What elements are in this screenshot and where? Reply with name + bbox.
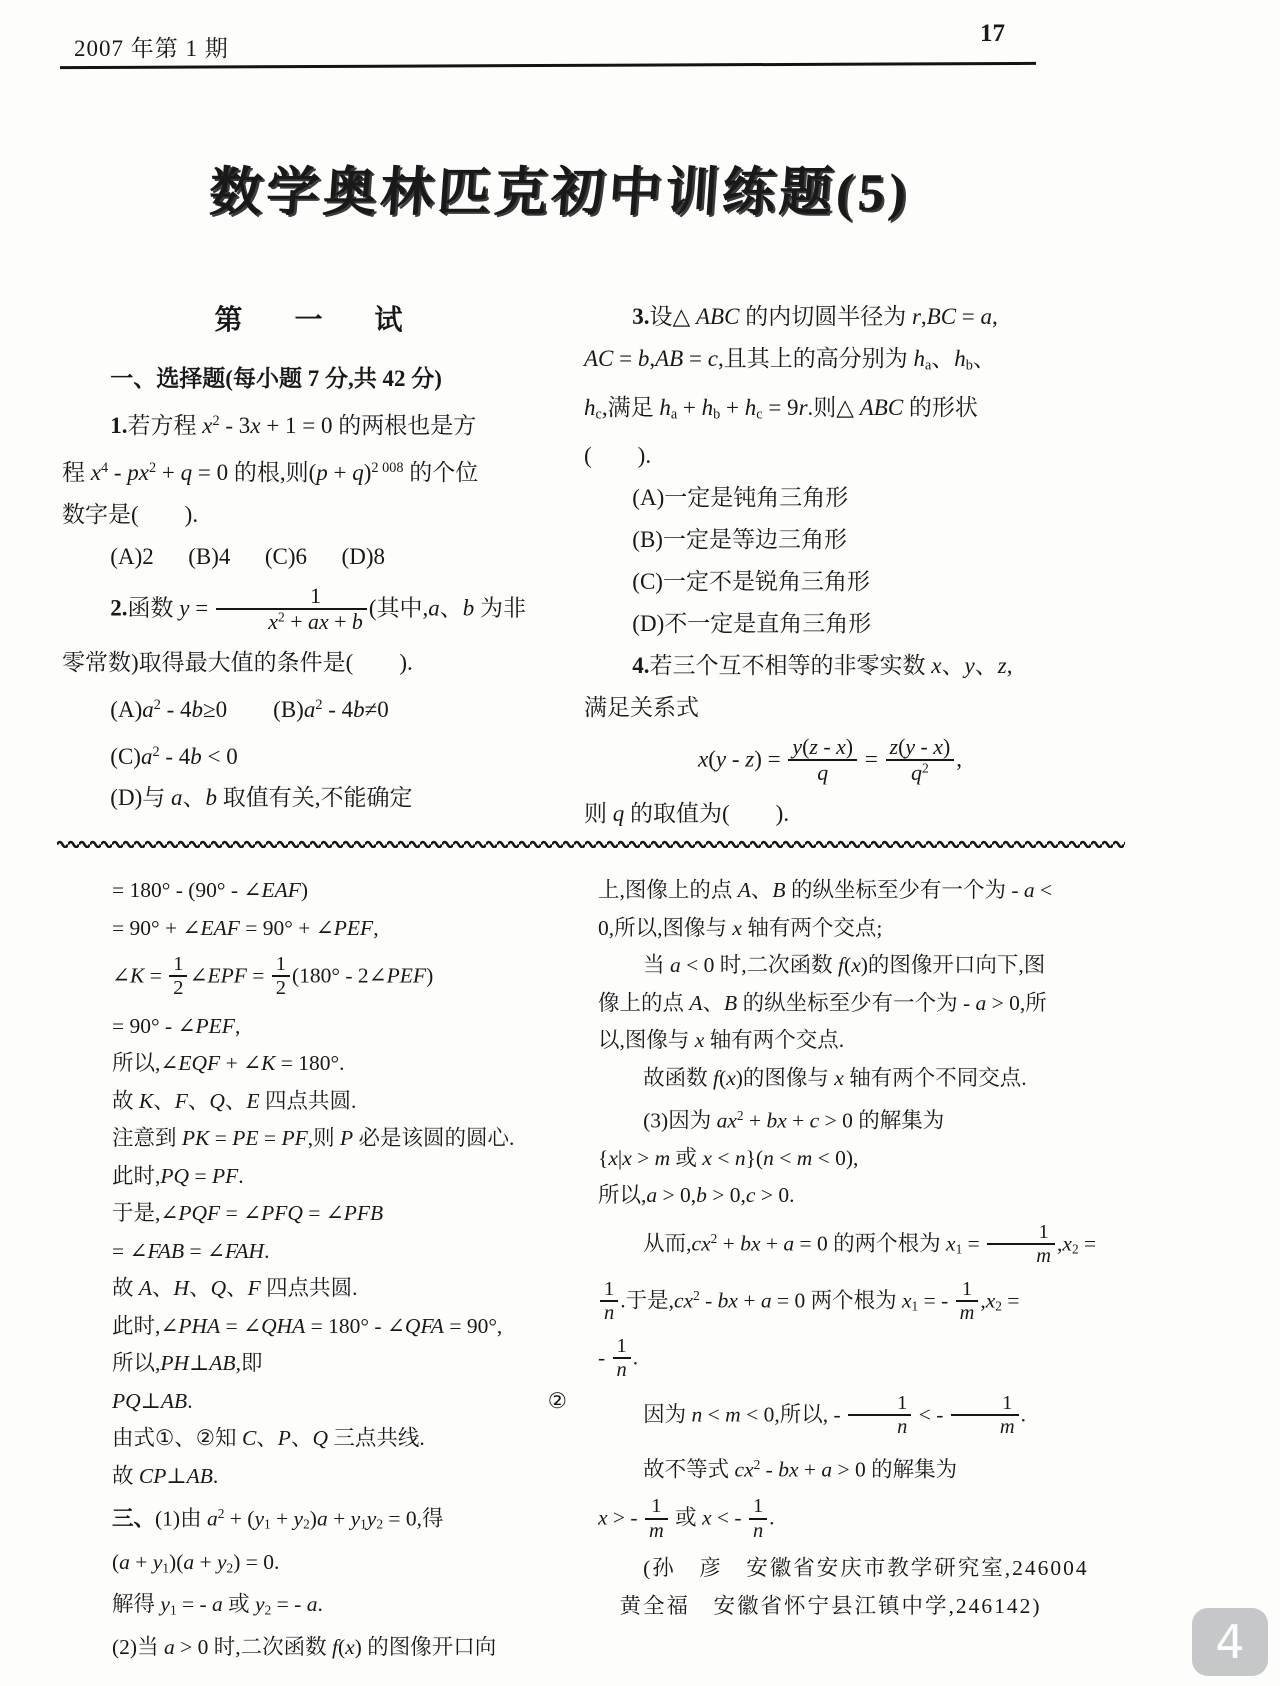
- problem-1-statement: 数字是( ).: [62, 494, 567, 536]
- page-number: 17: [980, 20, 1005, 48]
- solution-step: 由式①、②知 C、P、Q 三点共线.: [112, 1420, 567, 1458]
- solution-step: (3)因为 ax2 + bx + c > 0 的解集为: [598, 1097, 1080, 1140]
- equation-line: 从而,cx2 + bx + a = 0 的两个根为 x1 = 1m,x2 =: [598, 1219, 1080, 1272]
- solution-step: 当 a < 0 时,二次函数 f(x)的图像开口向下,图: [598, 947, 1080, 985]
- section-heading: 第 一 试: [62, 300, 567, 342]
- solution-step: 解得 y1 = - a 或 y2 = - a.: [112, 1586, 567, 1629]
- equation-line: 1n.于是,cx2 - bx + a = 0 两个根为 x1 = - 1m,x2…: [598, 1276, 1080, 1329]
- exam-right-column: 3.设△ ABC 的内切圆半径为 r,BC = a,AC = b,AB = c,…: [584, 296, 1076, 835]
- author-credit: 黄全福 安徽省怀宁县江镇中学,246142): [598, 1588, 1080, 1626]
- article-title: 数学奥林匹克初中训练题(5): [52, 150, 1067, 226]
- solution-right-column: 上,图像上的点 A、B 的纵坐标至少有一个为 - a <0,所以,图像与 x 轴…: [598, 872, 1080, 1625]
- solution-step: 故函数 f(x)的图像与 x 轴有两个不同交点.: [598, 1060, 1080, 1098]
- solution-step: 此时,PQ = PF.: [112, 1158, 567, 1196]
- option-row: (D)与 a、b 取值有关,不能确定: [62, 777, 567, 819]
- wavy-divider: [57, 838, 1125, 848]
- option-row: (A)2 (B)4 (C)6 (D)8: [62, 536, 567, 578]
- solution-step: (2)当 a > 0 时,二次函数 f(x) 的图像开口向: [112, 1629, 567, 1667]
- option-row: (C)一定不是锐角三角形: [584, 561, 1076, 603]
- solution-step: {x|x > m 或 x < n}(n < m < 0),: [598, 1140, 1080, 1178]
- option-row: (B)一定是等边三角形: [584, 519, 1076, 561]
- equation-line: ∠K = 12∠EPF = 12(180° - 2∠PEF): [112, 951, 567, 1004]
- solution-step: 故 CP⊥AB.: [112, 1458, 567, 1496]
- problem-4-statement: 4.若三个互不相等的非零实数 x、y、z,: [584, 645, 1076, 687]
- option-row: (D)不一定是直角三角形: [584, 603, 1076, 645]
- equation-line: x(y - z) = y(z - x)q = z(y - x)q2,: [584, 733, 1076, 789]
- solution-step: = 90° + ∠EAF = 90° + ∠PEF,: [112, 910, 567, 948]
- solution-step: 三、(1)由 a2 + (y1 + y2)a + y1y2 = 0,得: [112, 1495, 567, 1543]
- solution-step: 于是,∠PQF = ∠PFQ = ∠PFB: [112, 1195, 567, 1233]
- problem-4-statement: 则 q 的取值为( ).: [584, 793, 1076, 835]
- equation-number: ②: [548, 1383, 567, 1421]
- solution-step: 此时,∠PHA = ∠QHA = 180° - ∠QFA = 90°,: [112, 1308, 567, 1346]
- problem-3-statement: ( ).: [584, 435, 1076, 477]
- problem-2-statement: 2.函数 y = 1x2 + ax + b(其中,a、b 为非: [62, 582, 567, 638]
- equation-line: 因为 n < m < 0,所以, - 1n < - 1m.: [598, 1390, 1080, 1443]
- solution-step: (a + y1)(a + y2) = 0.: [112, 1544, 567, 1587]
- solution-step: 0,所以,图像与 x 轴有两个交点;: [598, 910, 1080, 948]
- equation-line: - 1n.: [598, 1333, 1080, 1386]
- section-subheading: 一、选择题(每小题 7 分,共 42 分): [62, 358, 567, 400]
- solution-step: = ∠FAB = ∠FAH.: [112, 1233, 567, 1271]
- solution-step: 以,图像与 x 轴有两个交点.: [598, 1022, 1080, 1060]
- equation-line: x > - 1m 或 x < - 1n.: [598, 1493, 1080, 1546]
- solution-step: = 180° - (90° - ∠EAF): [112, 872, 567, 910]
- solution-step: = 90° - ∠PEF,: [112, 1008, 567, 1046]
- solution-step: ②PQ⊥AB.: [112, 1383, 567, 1421]
- solution-step: 注意到 PK = PE = PF,则 P 必是该圆的圆心.: [112, 1120, 567, 1158]
- solution-step: 所以,∠EQF + ∠K = 180°.: [112, 1045, 567, 1083]
- solution-left-column: = 180° - (90° - ∠EAF)= 90° + ∠EAF = 90° …: [112, 872, 567, 1667]
- solution-step: 所以,a > 0,b > 0,c > 0.: [598, 1177, 1080, 1215]
- solution-step: 故 K、F、Q、E 四点共圆.: [112, 1083, 567, 1121]
- solution-step: 故不等式 cx2 - bx + a > 0 的解集为: [598, 1446, 1080, 1489]
- solution-step: 上,图像上的点 A、B 的纵坐标至少有一个为 - a <: [598, 872, 1080, 910]
- problem-3-statement: AC = b,AB = c,且其上的高分别为 ha、hb、: [584, 338, 1076, 387]
- page-badge: 4: [1192, 1608, 1268, 1676]
- problem-4-statement: 满足关系式: [584, 687, 1076, 729]
- scanned-journal-page: { "header": { "issue": "2007 年第 1 期", "p…: [0, 0, 1280, 1686]
- problem-3-statement: hc,满足 ha + hb + hc = 9r.则△ ABC 的形状: [584, 387, 1076, 436]
- problem-3-statement: 3.设△ ABC 的内切圆半径为 r,BC = a,: [584, 296, 1076, 338]
- problem-1-statement: 程 x4 - px2 + q = 0 的根,则(p + q)2 008 的个位: [62, 447, 567, 494]
- problem-1-statement: 1.若方程 x2 - 3x + 1 = 0 的两根也是方: [62, 400, 567, 447]
- problem-2-statement: 零常数)取得最大值的条件是( ).: [62, 642, 567, 684]
- author-credit: (孙 彦 安徽省安庆市教学研究室,246004: [598, 1550, 1080, 1588]
- exam-left-column: 第 一 试一、选择题(每小题 7 分,共 42 分)1.若方程 x2 - 3x …: [62, 300, 567, 819]
- solution-step: 像上的点 A、B 的纵坐标至少有一个为 - a > 0,所: [598, 985, 1080, 1023]
- option-row: (A)a2 - 4b≥0 (B)a2 - 4b≠0: [62, 684, 567, 731]
- option-row: (A)一定是钝角三角形: [584, 477, 1076, 519]
- solution-step: 故 A、H、Q、F 四点共圆.: [112, 1270, 567, 1308]
- option-row: (C)a2 - 4b < 0: [62, 731, 567, 778]
- solution-step: 所以,PH⊥AB,即: [112, 1345, 567, 1383]
- journal-issue-label: 2007 年第 1 期: [74, 30, 229, 63]
